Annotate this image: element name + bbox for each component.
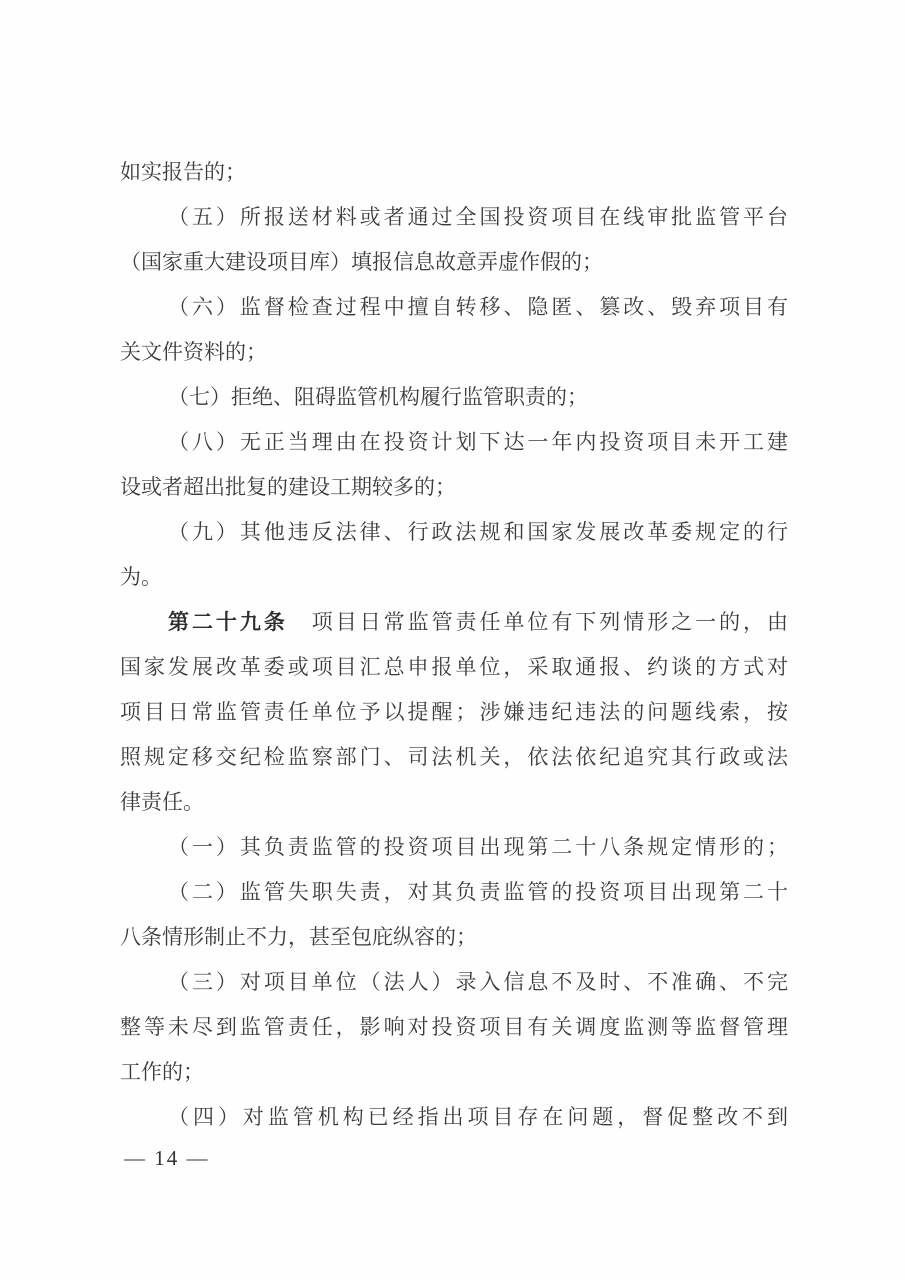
text-line: （五）所报送材料或者通过全国投资项目在线审批监管平台 [120, 195, 788, 240]
text-line: （七）拒绝、阻碍监管机构履行监管职责的； [120, 375, 788, 420]
text-line: （国家重大建设项目库）填报信息故意弄虚作假的； [120, 240, 788, 285]
text-line: （二）监管失职失责，对其负责监管的投资项目出现第二十 [120, 870, 788, 915]
text-line: 关文件资料的； [120, 330, 788, 375]
text-line: 如实报告的； [120, 150, 788, 195]
text-line: （八）无正当理由在投资计划下达一年内投资项目未开工建 [120, 420, 788, 465]
text-line: 第二十九条 项目日常监管责任单位有下列情形之一的，由 [120, 600, 788, 645]
text-line: 工作的； [120, 1050, 788, 1095]
text-line: 整等未尽到监管责任，影响对投资项目有关调度监测等监督管理 [120, 1005, 788, 1050]
text-line: 为。 [120, 555, 788, 600]
text-line: （一）其负责监管的投资项目出现第二十八条规定情形的； [120, 825, 788, 870]
text-line: 照规定移交纪检监察部门、司法机关，依法依纪追究其行政或法 [120, 735, 788, 780]
text-line: （九）其他违反法律、行政法规和国家发展改革委规定的行 [120, 510, 788, 555]
document-text-block: 如实报告的；（五）所报送材料或者通过全国投资项目在线审批监管平台（国家重大建设项… [120, 150, 788, 1140]
text-line: 八条情形制止不力，甚至包庇纵容的； [120, 915, 788, 960]
text-line: 国家发展改革委或项目汇总申报单位，采取通报、约谈的方式对 [120, 645, 788, 690]
article-number-bold: 第二十九条 [168, 610, 288, 634]
document-page: 如实报告的；（五）所报送材料或者通过全国投资项目在线审批监管平台（国家重大建设项… [0, 0, 905, 1280]
text-line: 设或者超出批复的建设工期较多的； [120, 465, 788, 510]
page-number: — 14 — [124, 1143, 210, 1173]
text-line: 项目日常监管责任单位予以提醒；涉嫌违纪违法的问题线索，按 [120, 690, 788, 735]
text-line: （四）对监管机构已经指出项目存在问题，督促整改不到 [120, 1095, 788, 1140]
text-line: 律责任。 [120, 780, 788, 825]
text-line: （三）对项目单位（法人）录入信息不及时、不准确、不完 [120, 960, 788, 1005]
text-line: （六）监督检查过程中擅自转移、隐匿、篡改、毁弃项目有 [120, 285, 788, 330]
